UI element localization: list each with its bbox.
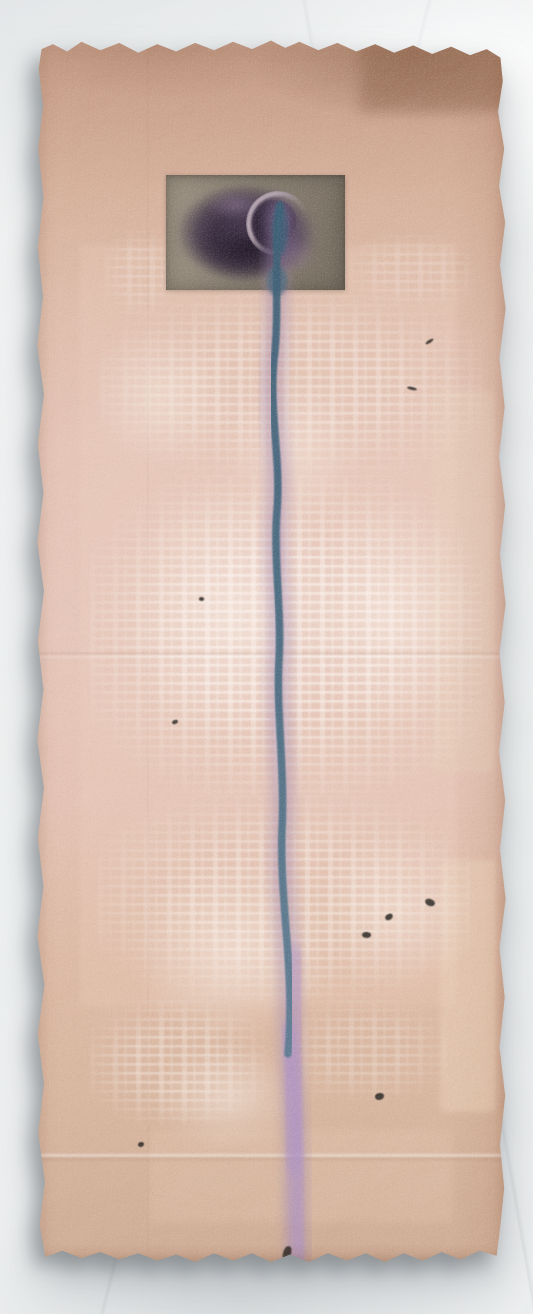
artwork-photograph (0, 0, 533, 1314)
paper-shadow (0, 0, 533, 1314)
handmade-paper-sheet (34, 38, 508, 1268)
deckle-edge-shading (34, 38, 508, 1268)
